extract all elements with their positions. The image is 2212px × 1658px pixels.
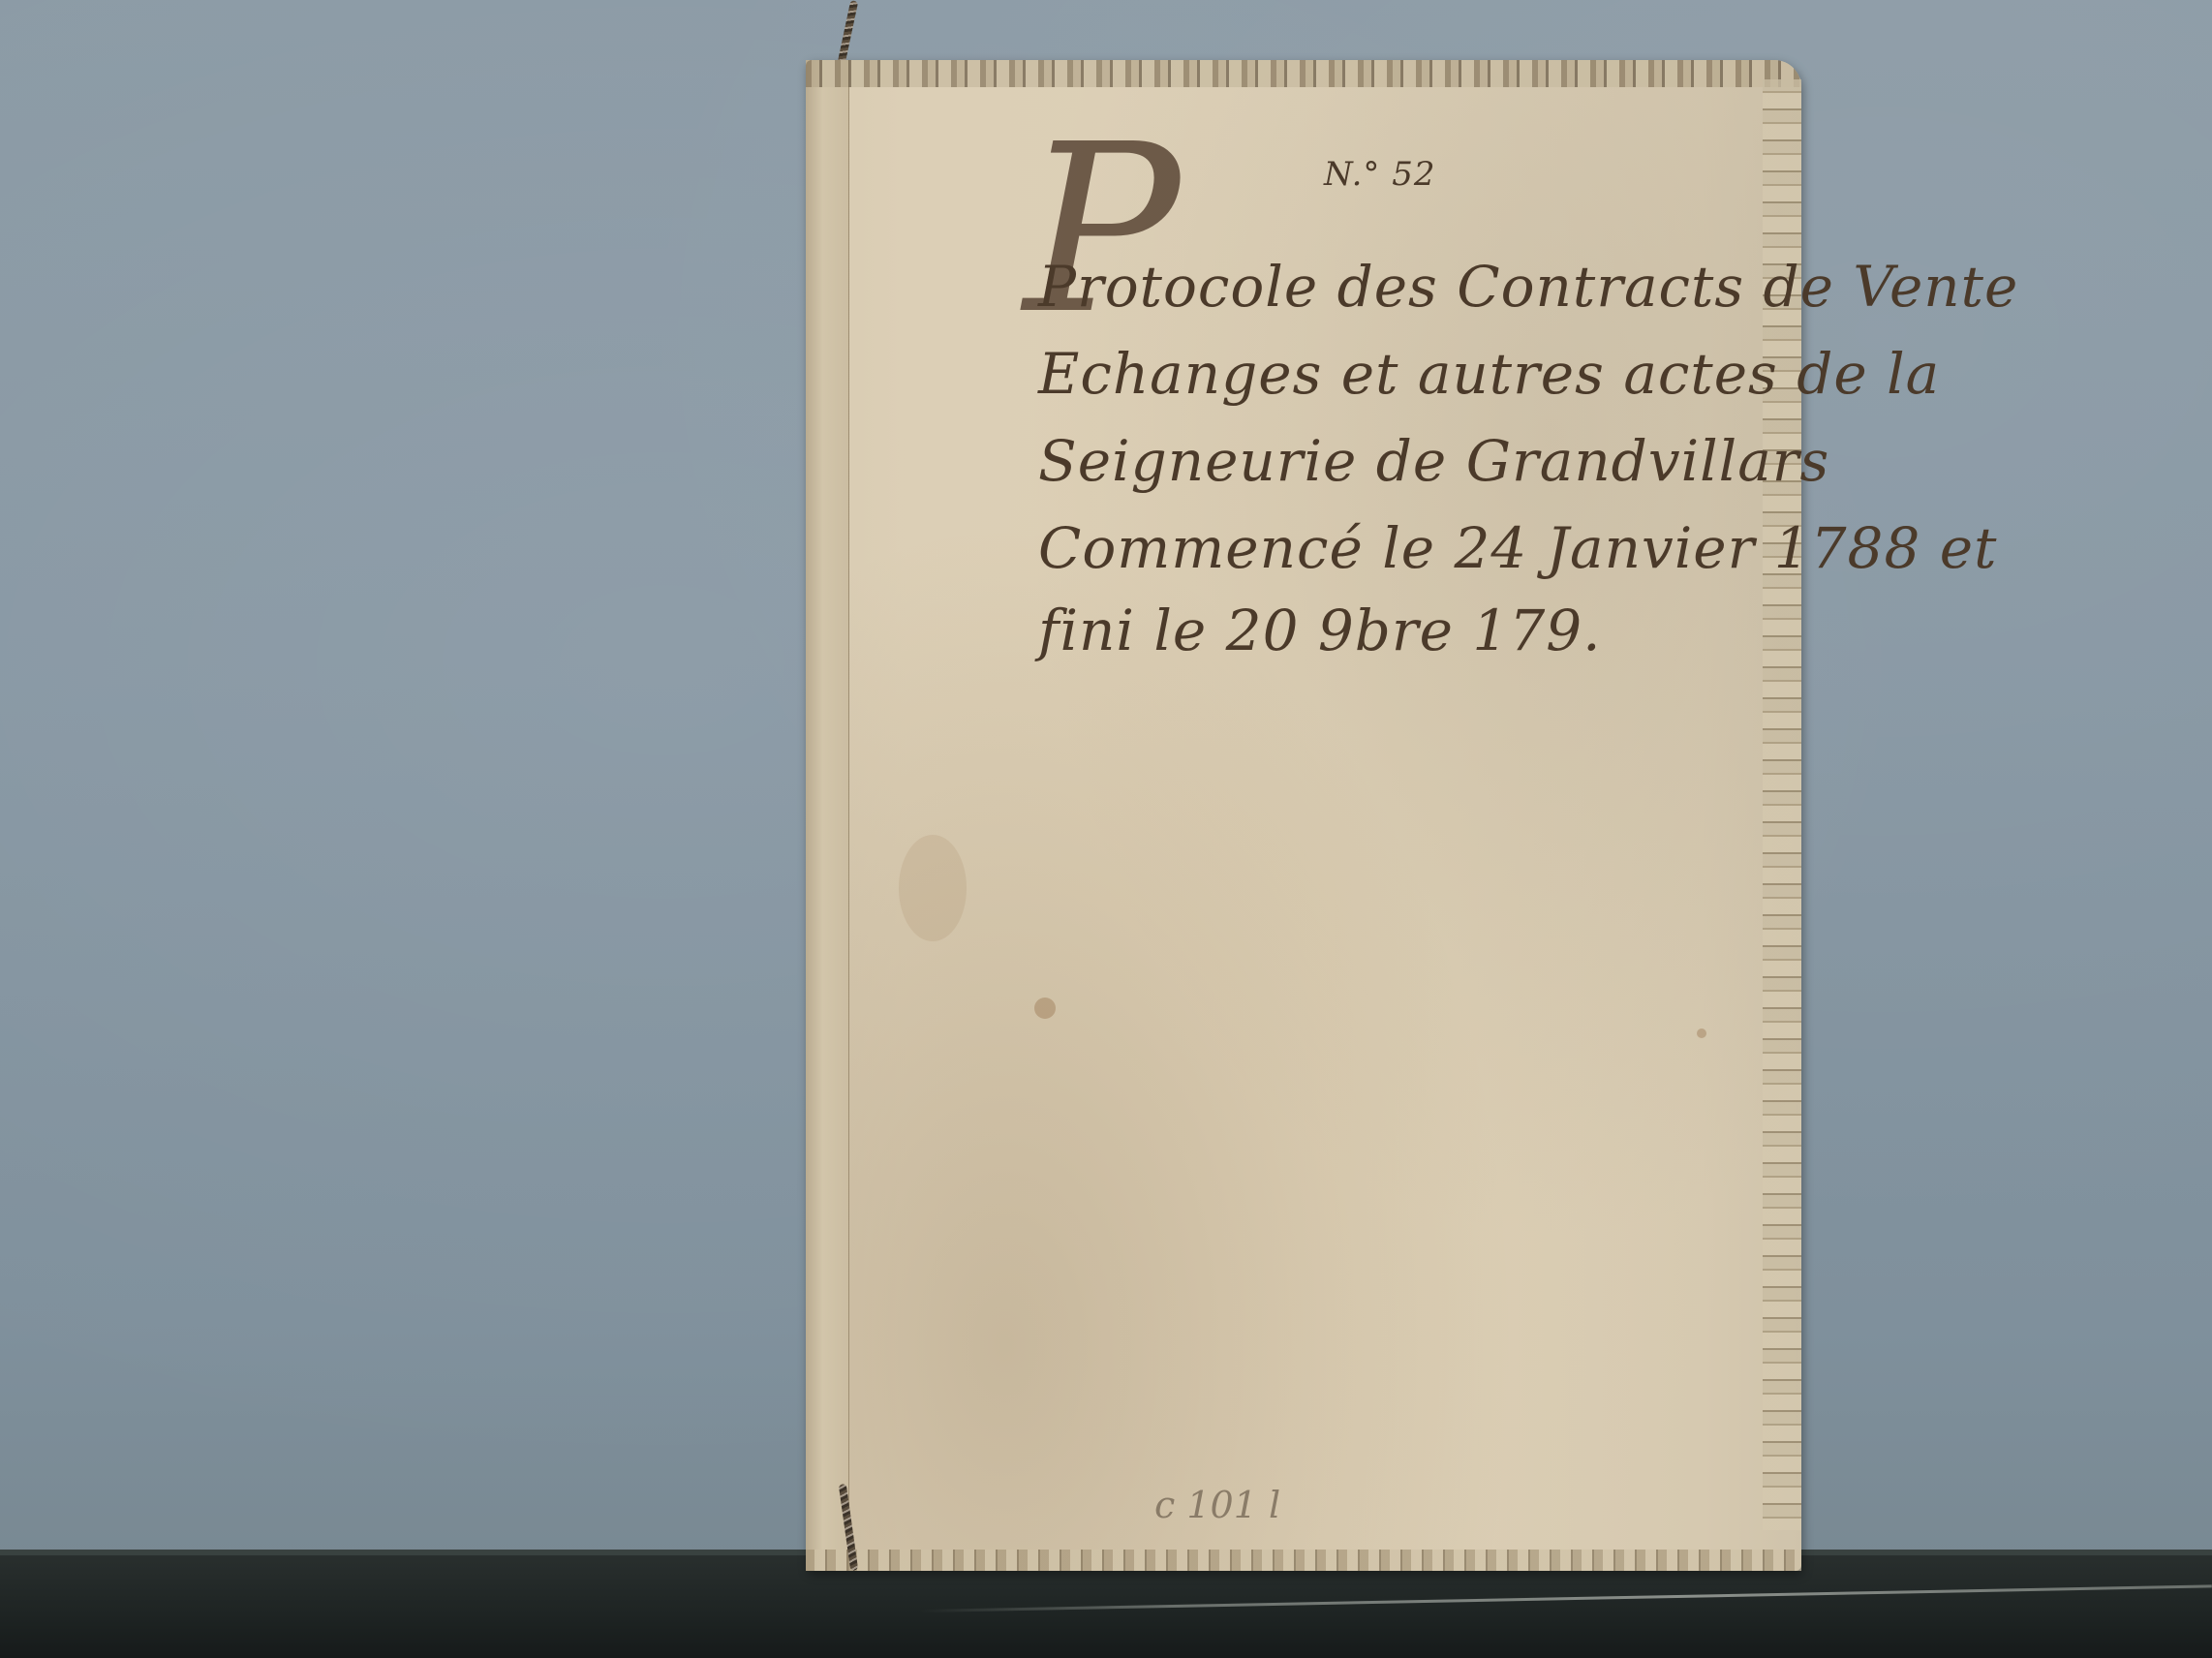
folio-top-edge — [806, 60, 1801, 87]
title-line-4: Commencé le 24 Janvier 1788 et — [1038, 515, 1997, 581]
title-line-3: Seigneurie de Grandvillars — [1038, 428, 1829, 494]
folio-spine — [806, 60, 849, 1571]
title-line-2: Echanges et autres actes de la — [1038, 341, 1940, 407]
stain — [1697, 1029, 1706, 1038]
title-line-5: fini le 20 9bre 179. — [1038, 598, 1602, 663]
stain — [899, 835, 967, 941]
folio-number: N.° 52 — [1324, 155, 1435, 194]
pencil-note: c 101 l — [1154, 1484, 1280, 1526]
document-folio: P N.° 52 Protocole des Contracts de Vent… — [806, 60, 1801, 1571]
title-line-1: Protocole des Contracts de Vente — [1038, 254, 2018, 320]
stain — [1034, 998, 1056, 1019]
folio-bottom-edge — [806, 1550, 1801, 1571]
